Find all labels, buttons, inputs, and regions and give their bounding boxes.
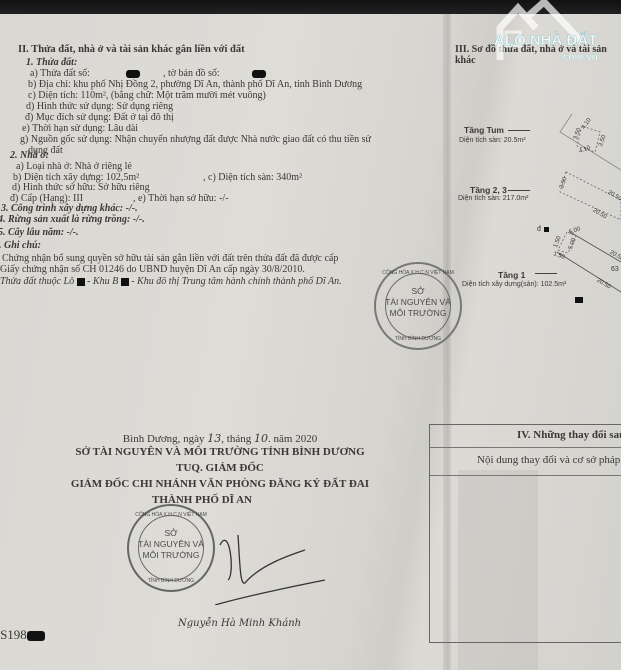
section4-title: IV. Những thay đổi sau khi cấp giấy chứn… — [517, 430, 621, 442]
official-stamp-top: CỘNG HÒA X.H.C.N VIỆT NAM SỞ TÀI NGUYÊN … — [374, 262, 462, 350]
date-prefix: Bình Dương, ngày — [123, 433, 205, 445]
signer-name: Nguyễn Hà Minh Khánh — [178, 618, 301, 630]
issuing-org: SỞ TÀI NGUYÊN VÀ MÔI TRƯỜNG TỈNH BÌNH DƯ… — [0, 446, 440, 458]
dim-label: 63 — [611, 266, 619, 273]
cert-number-text: Số vào sổ cấp GCN: CS198 — [0, 627, 27, 642]
changes-table-title-row: IV. Những thay đổi sau khi cấp giấy chứn… — [430, 425, 621, 448]
year-label: năm 2020 — [274, 433, 318, 445]
point-label: đ — [537, 226, 541, 233]
changes-table-header-row: Nội dung thay đổi và cơ sở pháp lý — [430, 447, 621, 476]
watermark-brand: ALO NHÀ ĐẤT — [494, 32, 597, 49]
stamp-bottom-text: TỈNH BÌNH DƯƠNG — [376, 334, 460, 344]
watermark-domain: .com.vn — [560, 52, 598, 63]
month-label: tháng — [227, 433, 251, 445]
stamp-line-3: MÔI TRƯỜNG — [376, 308, 460, 318]
date-month: 10 — [254, 432, 268, 445]
redacted-cert-no — [27, 631, 45, 641]
stamp-ring-text: CỘNG HÒA X.H.C.N VIỆT NAM — [376, 268, 460, 278]
cert-number: Số vào sổ cấp GCN: CS198 — [0, 629, 45, 641]
date-line: Bình Dương, ngày 13, tháng 10. năm 2020 — [0, 432, 440, 445]
stamp-line-2: TÀI NGUYÊN VÀ — [376, 297, 460, 307]
handwritten-signature — [200, 505, 330, 605]
changes-table: IV. Những thay đổi sau khi cấp giấy chứn… — [429, 424, 621, 643]
signer-title-1: GIÁM ĐỐC CHI NHÁNH VĂN PHÒNG ĐĂNG KÝ ĐẤT… — [0, 478, 440, 490]
on-behalf-of: TUQ. GIÁM ĐỐC — [0, 462, 440, 474]
stamp-line-1: SỞ — [376, 286, 460, 296]
section4-col-header: Nội dung thay đổi và cơ sở pháp lý — [477, 455, 621, 467]
date-day: 13 — [207, 432, 221, 445]
